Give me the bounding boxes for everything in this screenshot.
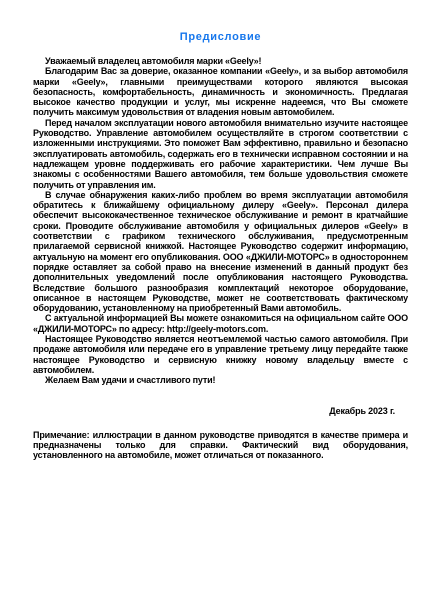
- page-title: Предисловие: [33, 31, 408, 43]
- manual-preface-page: Предисловие Уважаемый владелец автомобил…: [0, 0, 437, 595]
- publication-date: Декабрь 2023 г.: [33, 406, 408, 416]
- paragraph-website: С актуальной информацией Вы можете ознак…: [33, 313, 408, 334]
- paragraph-wishes: Желаем Вам удачи и счастливого пути!: [33, 375, 408, 385]
- paragraph-thanks: Благодарим Вас за доверие, оказанное ком…: [33, 66, 408, 117]
- paragraph-greeting: Уважаемый владелец автомобиля марки «Gee…: [33, 56, 408, 66]
- paragraph-manual-transfer: Настоящее Руководство является неотъемле…: [33, 334, 408, 375]
- note-text: Примечание: иллюстрации в данном руковод…: [33, 430, 408, 461]
- paragraph-read-manual: Перед началом эксплуатации нового автомо…: [33, 118, 408, 190]
- paragraph-dealer-service: В случае обнаружения каких-либо проблем …: [33, 190, 408, 314]
- preface-body: Уважаемый владелец автомобиля марки «Gee…: [33, 56, 408, 386]
